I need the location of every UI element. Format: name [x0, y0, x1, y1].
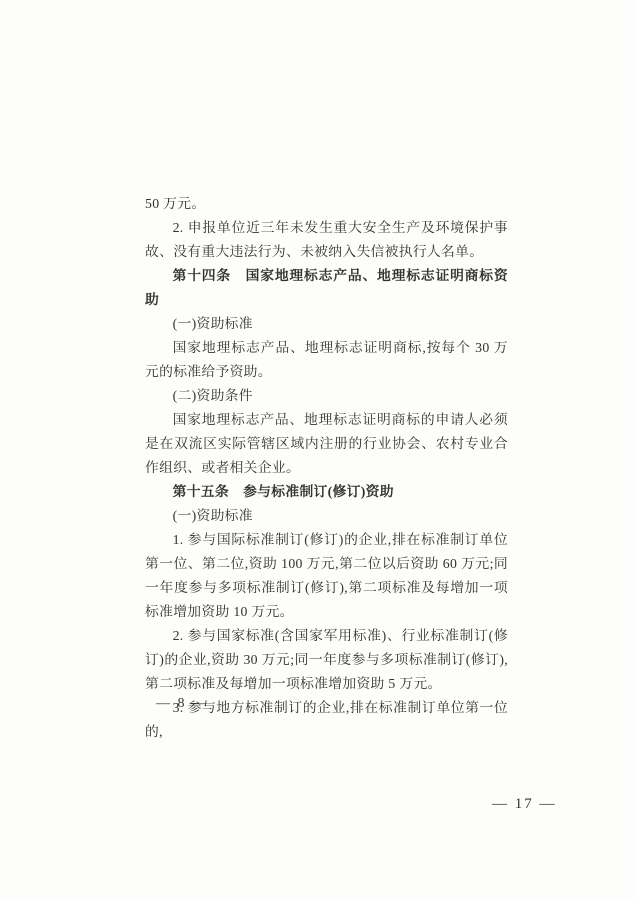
paragraph: (一)资助标准	[145, 504, 508, 528]
article-heading: 第十五条 参与标准制订(修订)资助	[145, 480, 508, 504]
article-heading: 第十四条 国家地理标志产品、地理标志证明商标资助	[145, 264, 508, 312]
paragraph: 国家地理标志产品、地理标志证明商标,按每个 30 万元的标准给予资助。	[145, 336, 508, 384]
paragraph: 2. 参与国家标准(含国家军用标准)、行业标准制订(修订)的企业,资助 30 万…	[145, 624, 508, 696]
paragraph: (一)资助标准	[145, 312, 508, 336]
page-number-corner: — 17 —	[492, 793, 557, 815]
page-number-footer: — 8 —	[156, 692, 208, 716]
document-page: 50 万元。2. 申报单位近三年未发生重大安全生产及环境保护事故、没有重大违法行…	[0, 0, 636, 900]
paragraph: 2. 申报单位近三年未发生重大安全生产及环境保护事故、没有重大违法行为、未被纳入…	[145, 216, 508, 264]
paragraph: 50 万元。	[145, 192, 508, 216]
paragraph: (二)资助条件	[145, 384, 508, 408]
document-body: 50 万元。2. 申报单位近三年未发生重大安全生产及环境保护事故、没有重大违法行…	[145, 192, 508, 744]
paragraph: 1. 参与国际标准制订(修订)的企业,排在标准制订单位第一位、第二位,资助 10…	[145, 528, 508, 624]
paragraph: 国家地理标志产品、地理标志证明商标的申请人必须是在双流区实际管辖区域内注册的行业…	[145, 408, 508, 480]
